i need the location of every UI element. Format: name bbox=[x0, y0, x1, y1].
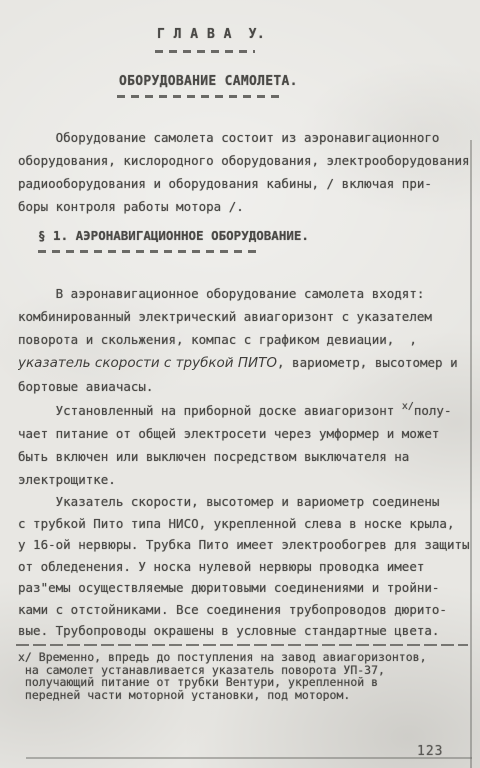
paragraph-intro: Оборудование самолета состоит из аэронав… bbox=[18, 126, 480, 218]
typed-text: бортовые авиачасы. bbox=[18, 379, 153, 394]
section-heading: § 1. АЭРОНАВИГАЦИОННОЕ ОБОРУДОВАНИЕ. bbox=[38, 228, 309, 243]
footnote-separator bbox=[16, 644, 468, 646]
footnote-marker: х/ bbox=[402, 401, 414, 412]
typed-text: полу- bbox=[414, 403, 452, 418]
typed-text: В аэронавигационное оборудование самолет… bbox=[18, 286, 432, 347]
section-heading-underline bbox=[38, 250, 258, 253]
page-edge-horizontal-line bbox=[26, 757, 472, 759]
typed-text: , вариометр, высотомер и bbox=[277, 355, 458, 370]
scanned-document-page: Г Л А В А У. ОБОРУДОВАНИЕ САМОЛЕТА. Обор… bbox=[0, 0, 480, 768]
paragraph-nav-equipment: В аэронавигационное оборудование самолет… bbox=[18, 282, 480, 398]
document-title: ОБОРУДОВАНИЕ САМОЛЕТА. bbox=[119, 74, 298, 89]
document-title-underline bbox=[117, 95, 281, 98]
chapter-heading-underline bbox=[155, 50, 255, 53]
paragraph-pitot: Указатель скорости, высотомер и вариомет… bbox=[18, 491, 480, 642]
typed-text: Установленный на приборной доске авиагор… bbox=[18, 403, 402, 418]
handwritten-insert: указатель скорости с трубкой ПИТО bbox=[18, 355, 277, 371]
footnote: х/ Временно, впредь до поступления на за… bbox=[18, 651, 480, 701]
typed-text: чает питание от общей электросети через … bbox=[18, 426, 439, 487]
paragraph-avihorizon: Установленный на приборной доске авиагор… bbox=[18, 399, 480, 491]
page-edge-vertical-line bbox=[470, 140, 472, 768]
chapter-heading: Г Л А В А У. bbox=[157, 27, 265, 42]
